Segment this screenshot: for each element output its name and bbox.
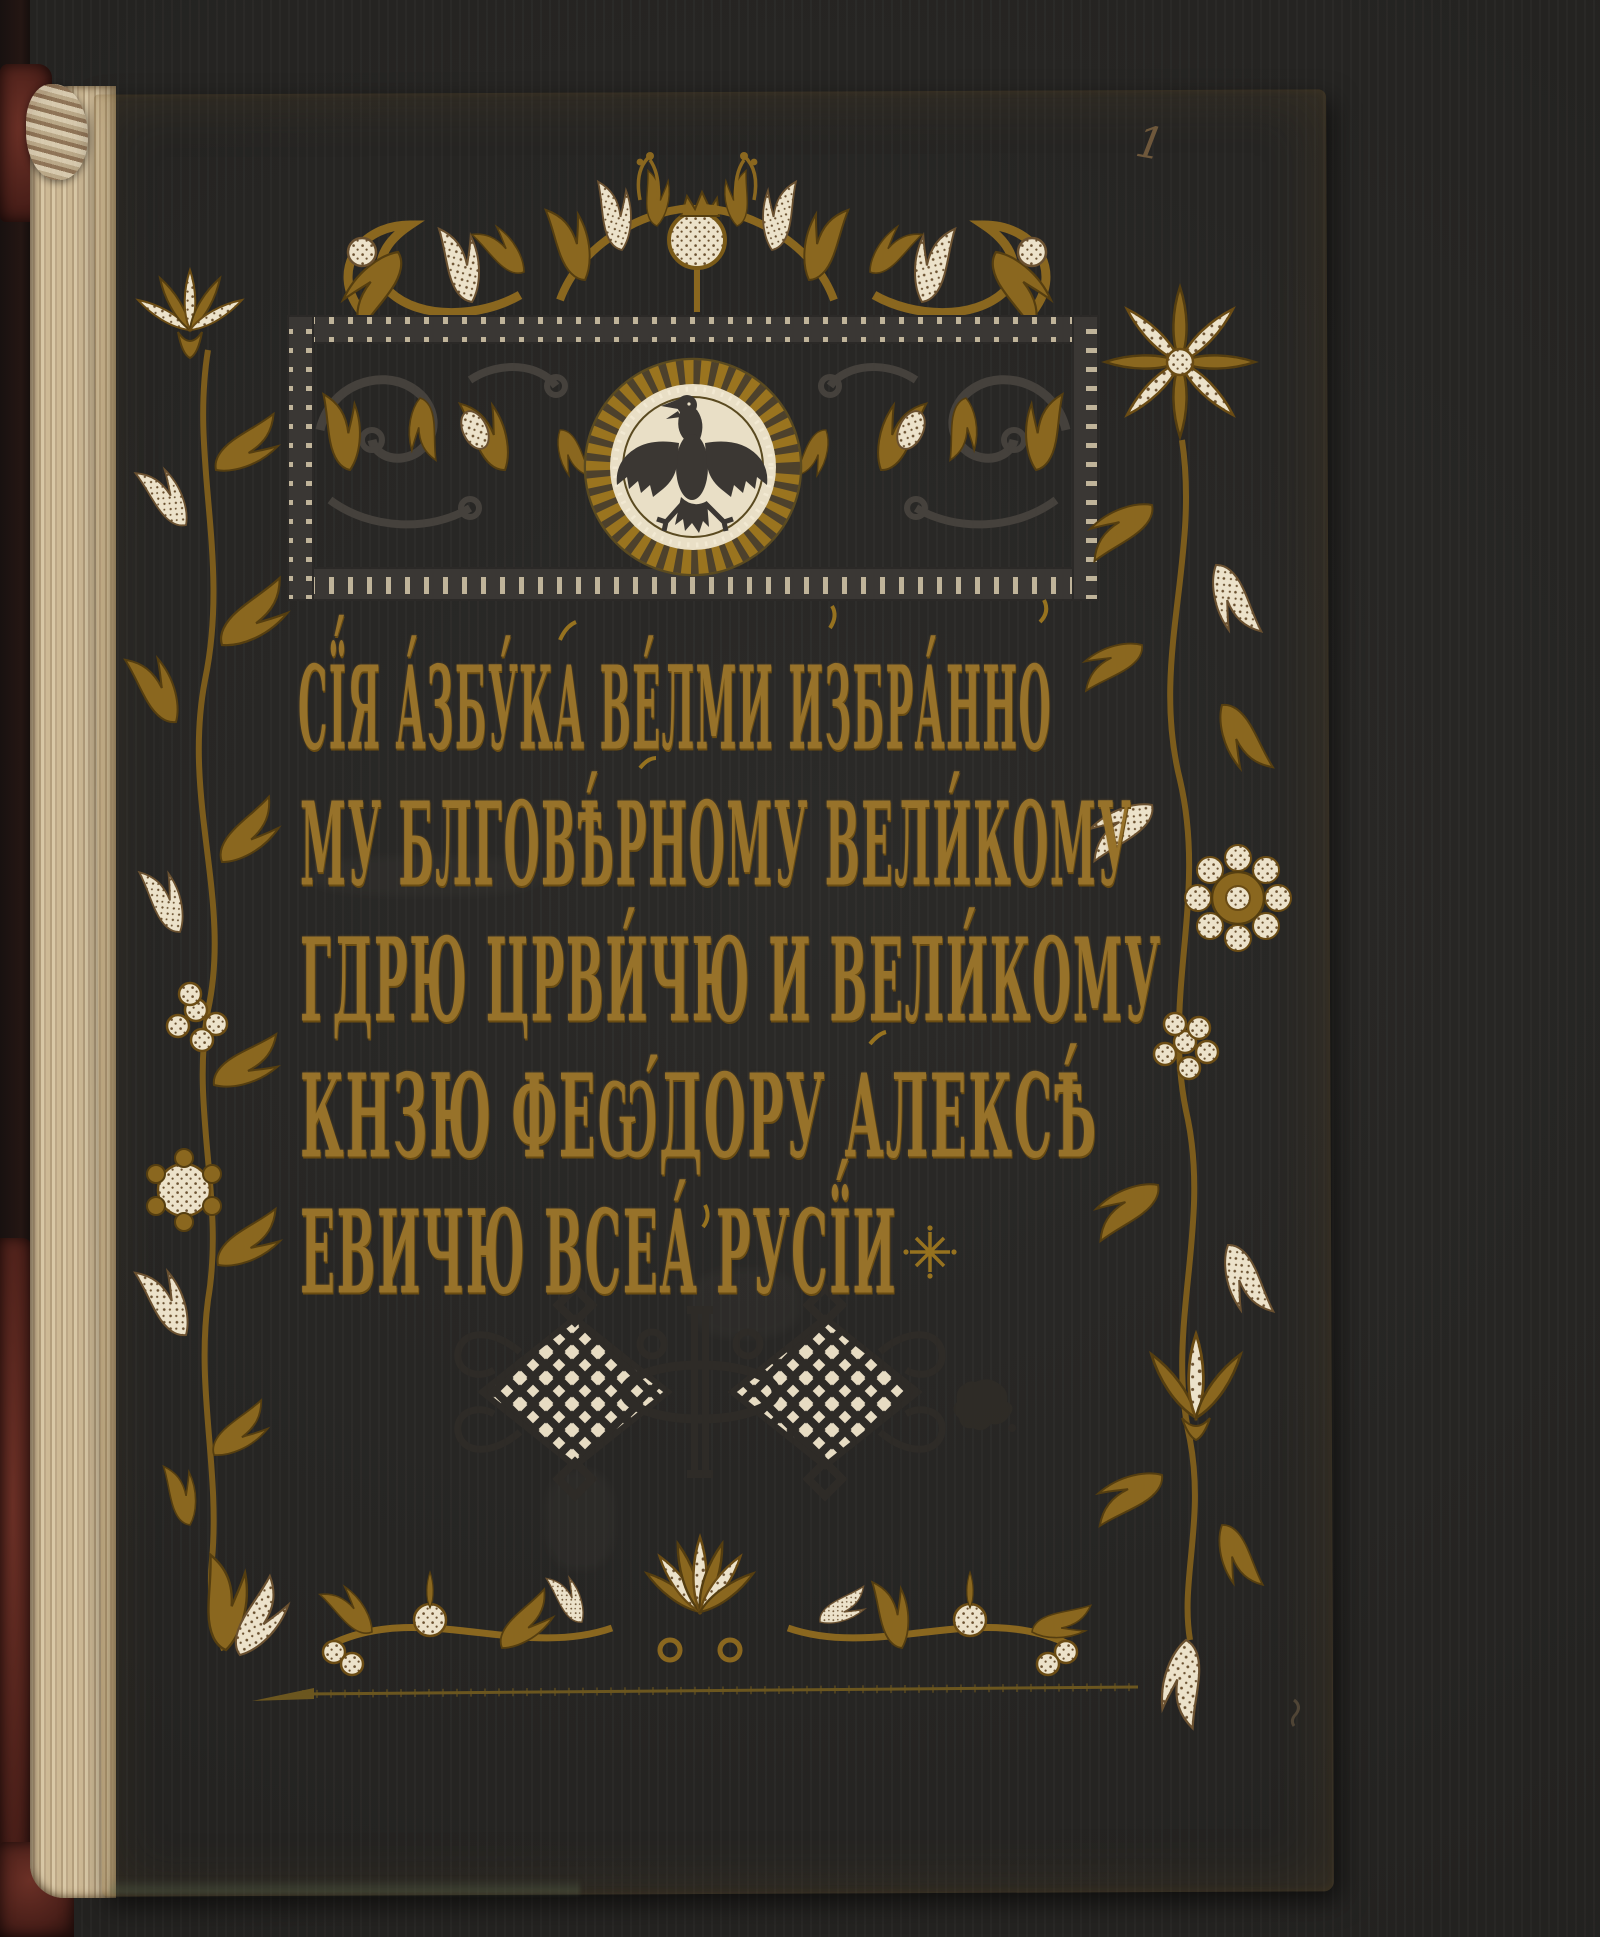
dotted-bud (414, 1572, 446, 1636)
base-rule (252, 1687, 1138, 1701)
bottom-garland (252, 1537, 1138, 1701)
carnation-flower (135, 270, 244, 358)
palmette (643, 1537, 757, 1660)
margin-mark (1292, 1700, 1298, 1726)
title-line-1: СЇ́Я А́ЗБУ́КА ВЕ́ЛМИ ИЗБРА́ННО (298, 642, 1052, 777)
ink-speck (1008, 1424, 1016, 1432)
title-line-3: ГДРЮ ЦРВИ́ЧЮ И ВЕЛИ́КОМУ (300, 914, 1162, 1049)
eagle-medallion (585, 359, 801, 575)
ink-blot (953, 1379, 1012, 1430)
title-line-5: ЕВИЧЮ ВСЕА́ РУСЇ́И (300, 1186, 897, 1321)
berry-bunch (1154, 1013, 1218, 1079)
crest-ornament (335, 152, 1059, 338)
left-floral-border (114, 270, 302, 1664)
star-ornament-icon (903, 1225, 956, 1278)
title-line-2: МУ БЛГОВѢ́РНОМУ ВЕЛИ́КОМУ (300, 778, 1132, 913)
dotted-bud (954, 1572, 986, 1636)
lily-flower (1146, 1334, 1247, 1440)
berry-cluster (167, 983, 227, 1051)
title-line-4: КНЗЮ ФЕѠ́ДОРУ АЛЕКСѢ́ (300, 1050, 1098, 1185)
photograph-of-open-manuscript: 1 СЇ́Я А́ЗБУ́КА ВЕ́ЛМИ ИЗБРА́ННО МУ БЛГО… (0, 0, 1600, 1937)
rose-flower (1185, 845, 1291, 951)
star-flower (1105, 287, 1255, 437)
